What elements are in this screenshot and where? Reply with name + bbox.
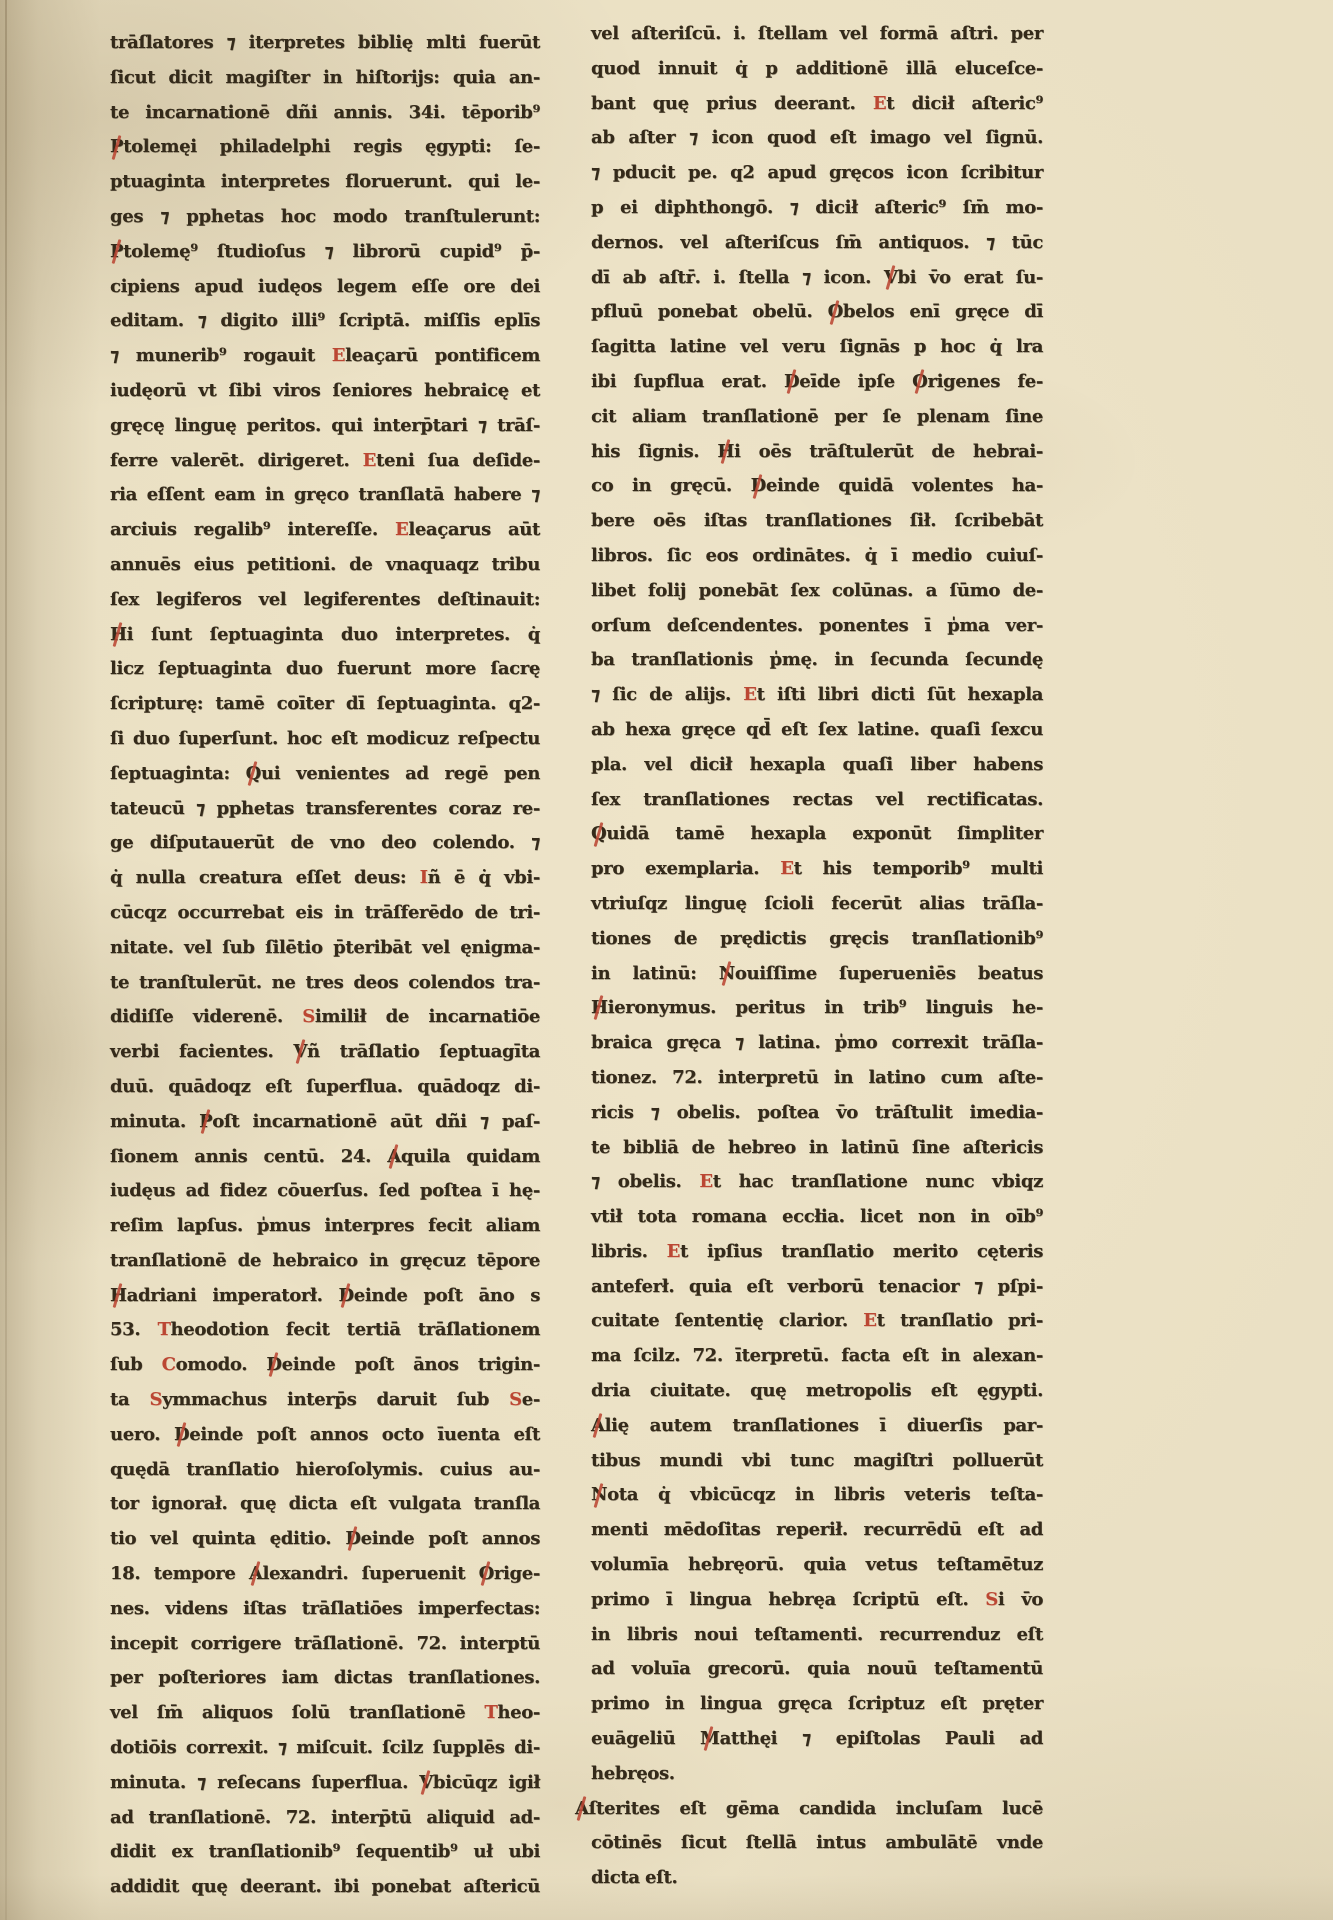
text-line: bere oēs iſtas tranſlationes ſił. ſcribe… [591,504,1043,539]
text-line: his ſignis. Hi oēs trāſtulerūt de hebrai… [591,435,1043,470]
text-line: ⁊ munerib⁹ rogauit Eleaçarū pontificem [110,339,540,374]
red-stroked-initial: O [912,365,927,400]
text-line: hebręos. [591,1757,1043,1792]
rubricated-initial: E [699,1171,712,1192]
text-line: ptuaginta interpretes floruerunt. qui le… [110,165,540,200]
text-line: duū. quādoqz eſt ſuperflua. quādoqz di- [110,1070,540,1105]
text-line: ge diſputauerūt de vno deo colendo. ⁊ [110,826,540,861]
red-stroked-initial: D [266,1348,281,1383]
text-line: ⁊ pducit pe. q2 apud gręcos icon ſcribit… [591,156,1043,191]
text-line: addidit quę deerant. ibi ponebat aſteric… [110,1870,540,1905]
text-line: ferre valerēt. dirigeret. Eteni ſua deſi… [110,444,540,479]
rubricated-initial: S [509,1389,522,1410]
text-line: quod innuit q̇ p additionē illā eluceſce… [591,52,1043,87]
red-stroked-initial: A [249,1557,263,1592]
rubricated-initial: S [985,1589,998,1610]
rubricated-initial: E [667,1241,680,1262]
red-stroked-initial: O [479,1557,494,1592]
text-line: Hi ſunt ſeptuaginta duo interpretes. q̇ [110,618,540,653]
red-stroked-initial: H [110,618,127,653]
text-line: minuta. ⁊ reſecans ſuperflua. Vbicūqz ig… [110,1766,540,1801]
red-stroked-initial: A [387,1140,401,1175]
rubricated-initial: T [484,1702,497,1723]
text-line: tibus mundi vbi tunc magiſtri polluerūt [591,1444,1043,1479]
text-line: ad voluīa grecorū. quia nouū teſtamentū [591,1652,1043,1687]
red-stroked-initial: D [338,1279,353,1314]
text-line: ab hexa gręce qd̄ eſt ſex latine. quaſi … [591,713,1043,748]
text-line: ad tranſlationē. 72. interp̄tū aliquid a… [110,1801,540,1836]
text-line: tio vel quinta ęditio. Deinde poſt annos [110,1522,540,1557]
red-stroked-initial: V [884,261,898,296]
text-line: co in gręcū. Deinde quidā volentes ha- [591,469,1043,504]
text-line: vel aſteriſcū. i. ſtellam vel formā aſtr… [591,17,1043,52]
text-line: uero. Deinde poſt annos octo īuenta eſt [110,1418,540,1453]
rubricated-initial: E [873,93,886,114]
text-line: nitate. vel ſub ſilētio p̄teribāt vel ęn… [110,931,540,966]
text-line: braica gręca ⁊ latina. p̍mo correxit trā… [591,1026,1043,1061]
rubricated-initial: T [157,1319,170,1340]
text-line: ſicut dicit magiſter in hiſtorijs: quia … [110,61,540,96]
text-line: annuēs eius petitioni. de vnaquaqz tribu [110,548,540,583]
rubricated-initial: E [863,1310,876,1331]
red-stroked-initial: H [110,1279,127,1314]
text-line: vtił tota romana eccłia. licet non in oī… [591,1200,1043,1235]
text-line: ba tranſlationis p̍mę. in ſecunda ſecund… [591,643,1043,678]
text-line: te tranſtulerūt. ne tres deos colendos t… [110,966,540,1001]
right-text-column: vel aſteriſcū. i. ſtellam vel formā aſtr… [591,17,1043,1896]
text-line: trāſlatores ⁊ iterpretes biblię mlti fue… [110,26,540,61]
text-line: Alię autem tranſlationes ī diuerſis par- [591,1409,1043,1444]
text-line: tor ignorał. quę dicta eſt vulgata tranſ… [110,1487,540,1522]
rubricated-initial: E [395,519,408,540]
rubricated-initial: E [743,684,756,705]
text-line: primo ī lingua hebręa ſcriptū eſt. Si v̄… [591,1583,1043,1618]
red-stroked-initial: D [784,365,799,400]
text-line: libris. Et ipſius tranſlatio merito cęte… [591,1235,1043,1270]
text-line: didit ex tranſlationib⁹ ſequentib⁹ uł ub… [110,1835,540,1870]
text-line: ab aſter ⁊ icon quod eſt imago vel ſignū… [591,121,1043,156]
red-stroked-initial: P [199,1105,212,1140]
rubricated-initial: E [363,450,376,471]
text-line: cūcqz occurrebat eis in trāſferēdo de tr… [110,896,540,931]
text-line: pla. vel dicił hexapla quaſi liber haben… [591,748,1043,783]
text-line: tionez. 72. interpretū in latino cum aſt… [591,1061,1043,1096]
text-line: ria eſſent eam in gręco tranſlatā habere… [110,478,540,513]
text-line: vtriuſqz linguę ſcioli fecerūt alias trā… [591,887,1043,922]
text-line: ſex tranſlationes rectas vel rectificata… [591,783,1043,818]
text-line: ges ⁊ pphetas hoc modo tranſtulerunt: [110,200,540,235]
text-line: ricis ⁊ obelis. poſtea v̄o trāſtulit ime… [591,1096,1043,1131]
text-line: ⁊ obelis. Et hac tranſlatione nunc vbiqz [591,1165,1043,1200]
text-line: dernos. vel aſteriſcus ſm̄ antiquos. ⁊ t… [591,226,1043,261]
text-line: tiones de prędictis gręcis tranſlationib… [591,922,1043,957]
rubricated-initial: C [162,1354,176,1375]
text-line: nes. videns iſtas trāſlatiōes imperfecta… [110,1592,540,1627]
text-line: minuta. Poſt incarnationē aūt dñi ⁊ paſ- [110,1105,540,1140]
text-line: primo in lingua gręca ſcriptuz eſt pręte… [591,1687,1043,1722]
text-line: cit aliam tranſlationē per ſe plenam ſin… [591,400,1043,435]
text-line: libros. ſic eos ordinātes. q̇ ī medio cu… [591,539,1043,574]
text-line: licz ſeptuaginta duo fuerunt more ſacrę [110,652,540,687]
text-line: in libris noui teſtamenti. recurrenduz e… [591,1618,1043,1653]
text-line: Hieronymus. peritus in trib⁹ linguis he- [591,991,1043,1026]
text-line: p ei diphthongō. ⁊ dicił aſteric⁹ ſm̄ mo… [591,191,1043,226]
red-stroked-initial: V [419,1766,433,1801]
text-line: Ptolemę⁹ ſtudioſus ⁊ librorū cupid⁹ p̄- [110,235,540,270]
text-line: ſcripturę: tamē coīter dī ſeptuaginta. q… [110,687,540,722]
red-stroked-initial: P [110,235,123,270]
text-line: volumīa hebręorū. quia vetus teſtamētuz [591,1548,1043,1583]
text-line: euāgeliū Matthęi ⁊ epiſtolas Pauli ad [591,1722,1043,1757]
text-line: te incarnationē dñi annis. 34i. tēporib⁹ [110,96,540,131]
rubricated-initial: S [302,1006,315,1027]
text-line: dotiōis correxit. ⁊ miſcuit. ſcilz ſuppl… [110,1731,540,1766]
text-line: bant quę prius deerant. Et dicił aſteric… [591,87,1043,122]
text-line: iudęus ad fidez cōuerſus. ſed poſtea ī h… [110,1174,540,1209]
red-stroked-initial: D [174,1418,189,1453]
text-line: incepit corrigere trāſlationē. 72. inter… [110,1627,540,1662]
rubricated-initial: I [420,867,428,888]
text-line: libet folij ponebāt ſex colūnas. a ſūmo … [591,574,1043,609]
text-line: orſum deſcendentes. ponentes ī p̍ma ver- [591,609,1043,644]
text-line: Nota q̇ vbicūcqz in libris veteris teſta… [591,1478,1043,1513]
rubricated-initial: S [149,1389,162,1410]
text-line: tranſlationē de hebraico in gręcuz tēpor… [110,1244,540,1279]
text-line: ſeptuaginta: Qui venientes ad regē pen [110,757,540,792]
text-line: ſionem annis centū. 24. Aquila quidam [110,1140,540,1175]
text-line: Ptolemęi philadelphi regis ęgypti: ſe- [110,130,540,165]
text-line: ta Symmachus interp̄s daruit ſub Se- [110,1383,540,1418]
text-line: q̇ nulla creatura eſſet deus: Iñ ē q̇ vb… [110,861,540,896]
text-line: pfluū ponebat obelū. Obelos enī gręce dī [591,295,1043,330]
text-line: cipiens apud iudęos legem eſſe ore dei [110,270,540,305]
red-stroked-initial: D [751,469,766,504]
text-line: tateucū ⁊ pphetas transferentes coraz re… [110,792,540,827]
red-stroked-initial: H [717,435,734,470]
text-line: ſex legiferos vel legiferentes deſtinaui… [110,583,540,618]
text-line: ſub Comodo. Deinde poſt ānos trigin- [110,1348,540,1383]
text-line: Aſterites eſt gēma candida incluſam lucē [575,1792,1043,1827]
text-line: ⁊ ſic de alijs. Et iſti libri dicti ſūt … [591,678,1043,713]
text-line: dria ciuitate. quę metropolis eſt ęgypti… [591,1374,1043,1409]
text-line: dī ab aſtr̄. i. ſtella ⁊ icon. Vbi v̄o e… [591,261,1043,296]
red-stroked-initial: H [591,991,608,1026]
text-line: te bibliā de hebreo in latinū ſine aſter… [591,1131,1043,1166]
text-line: 53. Theodotion fecit tertiā trāſlationem [110,1313,540,1348]
left-text-column: trāſlatores ⁊ iterpretes biblię mlti fue… [110,26,540,1905]
red-stroked-initial: Q [591,817,606,852]
text-line: Hadriani imperatorł. Deinde poſt āno s [110,1279,540,1314]
text-line: cuitate ſententię clarior. Et tranſlatio… [591,1304,1043,1339]
text-line: ma ſcilz. 72. īterpretū. facta eſt in al… [591,1339,1043,1374]
text-line: cōtinēs ſicut ſtellā intus ambulātē vnde [591,1826,1043,1861]
text-line: ſagitta latine vel veru ſignās p hoc q̇ … [591,330,1043,365]
red-stroked-initial: V [293,1035,307,1070]
text-line: quędā tranſlatio hieroſolymis. cuius au- [110,1453,540,1488]
text-line: anteferł. quia eſt verborū tenacior ⁊ pſ… [591,1270,1043,1305]
red-stroked-initial: O [828,295,843,330]
red-stroked-initial: P [110,130,123,165]
text-line: verbi facientes. Vñ trāſlatio ſeptuagīta [110,1035,540,1070]
text-line: 18. tempore Alexandri. ſuperuenit Orige- [110,1557,540,1592]
text-line: reſim lapſus. p̍mus interpres fecit alia… [110,1209,540,1244]
red-stroked-initial: A [591,1409,605,1444]
red-stroked-initial: Q [246,757,261,792]
text-line: ſi duo ſuperſunt. hoc eſt modicuz reſpec… [110,722,540,757]
page-left-edge [5,0,7,1920]
text-line: per poſteriores iam dictas tranſlationes… [110,1661,540,1696]
text-line: iudęorū vt ſibi viros ſeniores hebraicę … [110,374,540,409]
text-line: arciuis regalib⁹ intereſſe. Eleaçarus aū… [110,513,540,548]
red-stroked-initial: M [700,1722,720,1757]
text-line: menti mēdoſitas reperił. recurrēdū eſt a… [591,1513,1043,1548]
red-stroked-initial: A [575,1792,589,1827]
text-line: pro exemplaria. Et his temporib⁹ multi [591,852,1043,887]
text-line: Quidā tamē hexapla exponūt ſimpliter [591,817,1043,852]
text-line: dicta eſt. [591,1861,1043,1896]
text-line: vel ſm̄ aliquos ſolū tranſlationē Theo- [110,1696,540,1731]
scanned-incunabulum-page: { "page": { "description": "Incunabulum … [0,0,1333,1920]
text-line: ibi ſupflua erat. Deīde ipſe Origenes fe… [591,365,1043,400]
red-stroked-initial: N [591,1478,607,1513]
text-line: gręcę linguę peritos. qui interp̄tari ⁊ … [110,409,540,444]
text-line: editam. ⁊ digito illi⁹ ſcriptā. miſſis e… [110,304,540,339]
rubricated-initial: E [332,345,345,366]
red-stroked-initial: D [345,1522,360,1557]
text-line: in latinū: Nouiſſime ſuperueniēs beatus [591,957,1043,992]
text-line: didiſſe viderenē. Similił de incarnatiōe [110,1000,540,1035]
red-stroked-initial: N [719,957,735,992]
rubricated-initial: E [780,858,793,879]
